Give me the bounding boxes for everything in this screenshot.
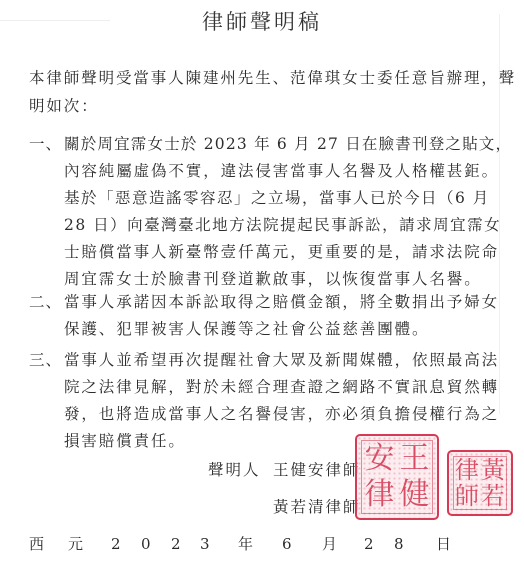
section-2-line-2: 保護、犯罪被害人保護等之社會公益慈善團體。 (64, 319, 429, 339)
seal-char: 黃 (480, 457, 506, 483)
date-part: 月 (322, 534, 337, 554)
section-1-line-1: 關於周宜霈女士於 2023 年 6 月 27 日在臉書刊登之貼文， (64, 134, 512, 154)
seal-char: 律 (454, 457, 480, 483)
intro-line-2: 明如次： (29, 96, 99, 116)
section-1-line-6: 周宜霈女士於臉書刊登道歉啟事，以恢復當事人名譽。 (64, 269, 482, 289)
section-3-line-2: 院之法律見解，對於未經合理查證之網路不實訊息貿然轉 (64, 377, 499, 397)
section-number-2: 二、 (29, 292, 62, 312)
section-1-line-4: 28 日）向臺灣臺北地方法院提起民事訴訟，請求周宜霈女 (64, 215, 501, 235)
section-number-3: 三、 (29, 350, 62, 370)
date-part: 年 (238, 534, 253, 554)
date-part: 3 (200, 534, 210, 554)
section-1-line-3: 基於「惡意造謠零容忍」之立場，當事人已於今日（6 月 (64, 188, 490, 208)
seal-char: 律 (362, 477, 397, 513)
signature-lawyer-2: 黃若清律師 (273, 497, 361, 517)
date-part: 元 (68, 534, 83, 554)
statement-page: 律師聲明稿 本律師聲明受當事人陳建州先生、范偉琪女士委任意旨辦理，聲 明如次： … (0, 0, 524, 577)
signature-lawyer-1: 王健安律師 (273, 460, 361, 480)
section-1-line-5: 士賠償當事人新臺幣壹仟萬元，更重要的是，請求法院命 (64, 242, 499, 262)
seal-char: 健 (397, 477, 432, 513)
section-2-line-1: 當事人承諾因本訴訟取得之賠償金額，將全數捐出予婦女 (64, 292, 499, 312)
date-part: 6 (282, 534, 292, 554)
signature-label: 聲明人 (208, 460, 261, 480)
seal-char: 王 (397, 441, 432, 477)
seal-char: 若 (480, 483, 506, 509)
seal-char: 師 (454, 483, 480, 509)
date-part: 2 (111, 534, 121, 554)
seal-wang-jian-an: 安 王 律 健 (355, 434, 439, 520)
section-number-1: 一、 (29, 134, 62, 154)
seal-huang-ruo-qing: 律 黃 師 若 (447, 450, 513, 516)
section-1-line-2: 內容純屬虛偽不實，違法侵害當事人名譽及人格權甚鉅。 (64, 161, 499, 181)
section-3-line-1: 當事人並希望再次提醒社會大眾及新聞媒體，依照最高法 (64, 350, 499, 370)
date-part: 8 (394, 534, 404, 554)
date-part: 西 (29, 534, 44, 554)
document-title: 律師聲明稿 (0, 6, 524, 36)
seal-char: 安 (362, 441, 397, 477)
section-3-line-4: 損害賠償責任。 (64, 431, 186, 451)
date-part: 2 (364, 534, 374, 554)
date-part: 日 (436, 534, 451, 554)
section-3-line-3: 發，也將造成當事人之名譽侵害，亦必須負擔侵權行為之 (64, 404, 499, 424)
date-part: 0 (141, 534, 151, 554)
intro-line-1: 本律師聲明受當事人陳建州先生、范偉琪女士委任意旨辦理，聲 (29, 68, 516, 88)
date-part: 2 (171, 534, 181, 554)
